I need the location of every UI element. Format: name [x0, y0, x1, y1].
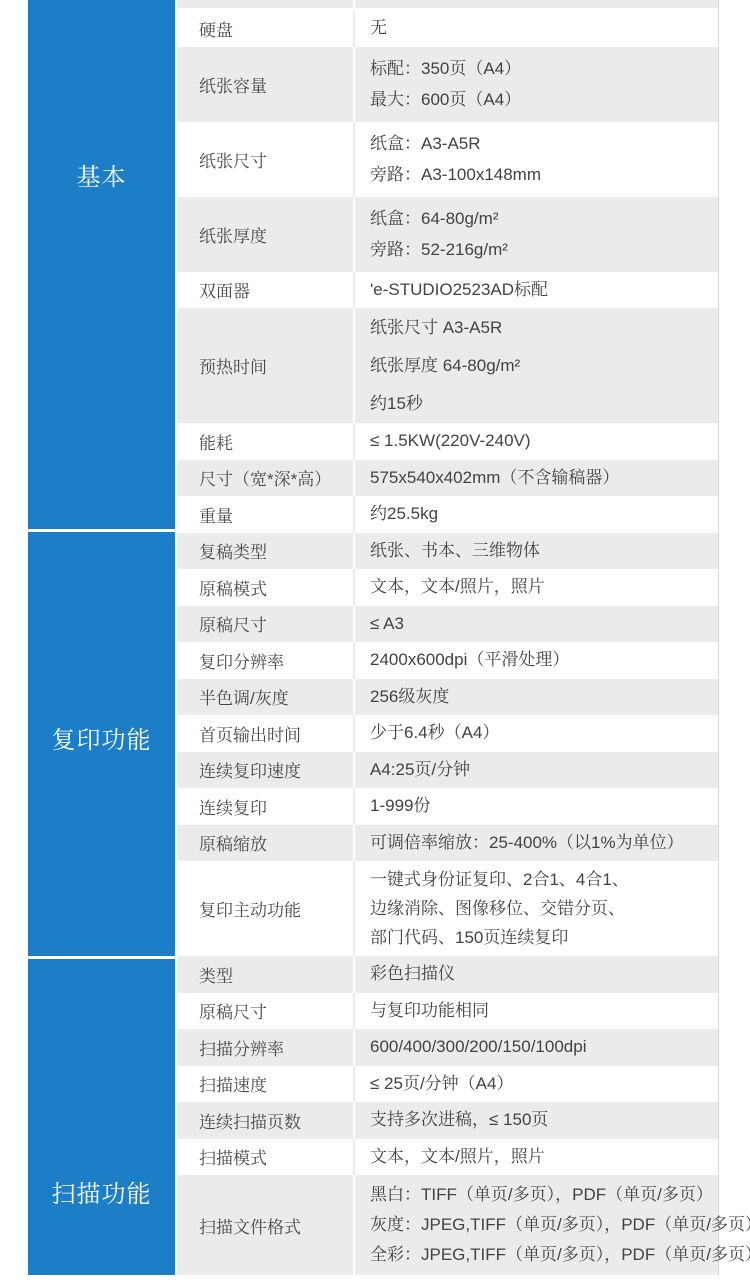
spec-value-line: 约15秒	[370, 385, 714, 423]
spec-value: 纸张尺寸 A3-A5R纸张厚度 64-80g/m²约15秒	[353, 308, 718, 423]
spec-value: 2400x600dpi（平滑处理）	[353, 642, 718, 679]
spec-value: 文本，文本/照片，照片	[353, 1139, 718, 1176]
spec-label: 连续复印	[177, 788, 353, 825]
table-row: 扫描速度≤ 25页/分钟（A4）	[177, 1066, 718, 1103]
spec-label: 双面器	[177, 272, 353, 309]
table-row: 纸张容量标配：350页（A4）最大：600页（A4）	[177, 47, 718, 122]
table-row: 类型彩色扫描仪	[177, 956, 718, 993]
spec-value-line: 575x540x402mm（不含输稿器）	[370, 466, 714, 490]
spec-value: 1-999份	[353, 788, 718, 825]
spec-label: 重量	[177, 496, 353, 533]
spec-value-line: 灰度：JPEG,TIFF（单页/多页），PDF（单页/多页）	[370, 1210, 750, 1240]
spec-value-line: 纸盒：A3-A5R	[370, 128, 714, 159]
spec-value-line: 约25.5kg	[370, 502, 714, 526]
spec-label: 预热时间	[177, 308, 353, 423]
spec-value-line: 2400x600dpi（平滑处理）	[370, 648, 714, 672]
spec-value-line: 纸张、书本、三维物体	[370, 539, 714, 563]
table-row: 扫描模式文本，文本/照片，照片	[177, 1139, 718, 1176]
spec-value-line: ≤ 25页/分钟（A4）	[370, 1072, 714, 1096]
spec-value-line: 1-999份	[370, 794, 714, 818]
spec-value: 文本，文本/照片，照片	[353, 569, 718, 606]
spec-value-line: 文本，文本/照片，照片	[370, 575, 714, 599]
table-row: 预热时间纸张尺寸 A3-A5R纸张厚度 64-80g/m²约15秒	[177, 308, 718, 423]
spec-value: 无	[353, 10, 718, 47]
table-row: 原稿缩放可调倍率缩放：25-400%（以1%为单位）	[177, 825, 718, 862]
spec-value: 纸盒：A3-A5R旁路：A3-100x148mm	[353, 122, 718, 197]
partial-value-cell	[353, 0, 718, 8]
table-row: 扫描文件格式黑白：TIFF（单页/多页），PDF（单页/多页）灰度：JPEG,T…	[177, 1175, 718, 1275]
spec-value-line: 边缘消除、图像移位、交错分页、	[370, 894, 714, 923]
spec-value-line: 'e-STUDIO2523AD标配	[370, 278, 714, 302]
spec-value-line: 纸张尺寸 A3-A5R	[370, 309, 714, 347]
spec-label: 半色调/灰度	[177, 679, 353, 716]
spec-label: 复稿类型	[177, 533, 353, 570]
table-row: 复印分辨率2400x600dpi（平滑处理）	[177, 642, 718, 679]
spec-value: 标配：350页（A4）最大：600页（A4）	[353, 47, 718, 122]
spec-value: 575x540x402mm（不含输稿器）	[353, 460, 718, 497]
spec-value-line: 与复印功能相同	[370, 999, 714, 1023]
spec-label: 类型	[177, 956, 353, 993]
spec-value-line: 纸张厚度 64-80g/m²	[370, 347, 714, 385]
table-row: 半色调/灰度256级灰度	[177, 679, 718, 716]
spec-label: 纸张厚度	[177, 197, 353, 272]
spec-value: ≤ A3	[353, 606, 718, 643]
spec-label: 纸张容量	[177, 47, 353, 122]
spec-label: 纸张尺寸	[177, 122, 353, 197]
spec-value: 彩色扫描仪	[353, 956, 718, 993]
spec-value-line: 少于6.4秒（A4）	[370, 721, 714, 745]
spec-value-line: 无	[370, 16, 714, 40]
table-row: 纸张厚度纸盒：64-80g/m²旁路：52-216g/m²	[177, 197, 718, 272]
spec-label: 复印分辨率	[177, 642, 353, 679]
spec-value-line: 标配：350页（A4）	[370, 53, 714, 84]
table-row: 原稿模式文本，文本/照片，照片	[177, 569, 718, 606]
spec-value-line: 全彩：JPEG,TIFF（单页/多页），PDF（单页/多页）	[370, 1240, 750, 1270]
table-row: 纸张尺寸纸盒：A3-A5R旁路：A3-100x148mm	[177, 122, 718, 197]
spec-label: 扫描文件格式	[177, 1175, 353, 1275]
spec-value-line: 纸盒：64-80g/m²	[370, 203, 714, 234]
spec-label: 扫描模式	[177, 1139, 353, 1176]
spec-label: 原稿模式	[177, 569, 353, 606]
product-spec-page: 基本 复印功能 扫描功能 硬盘无纸张容量标配：350页（A4）最大：600页（A…	[0, 0, 750, 1284]
spec-label: 扫描分辨率	[177, 1029, 353, 1066]
table-row: 硬盘无	[177, 10, 718, 47]
table-row: 连续复印1-999份	[177, 788, 718, 825]
spec-value: 约25.5kg	[353, 496, 718, 533]
spec-value: 600/400/300/200/150/100dpi	[353, 1029, 718, 1066]
spec-value-line: ≤ A3	[370, 612, 714, 636]
spec-label: 连续复印速度	[177, 752, 353, 789]
sidebar-section-copy: 复印功能	[28, 532, 175, 956]
table-row: 首页输出时间少于6.4秒（A4）	[177, 715, 718, 752]
table-row: 能耗≤ 1.5KW(220V-240V)	[177, 423, 718, 460]
spec-label: 原稿尺寸	[177, 606, 353, 643]
spec-value: 'e-STUDIO2523AD标配	[353, 272, 718, 309]
table-row: 原稿尺寸与复印功能相同	[177, 993, 718, 1030]
spec-label: 原稿尺寸	[177, 993, 353, 1030]
sidebar-section-scan: 扫描功能	[28, 959, 175, 1275]
partial-row	[177, 0, 718, 8]
spec-value-line: A4:25页/分钟	[370, 758, 714, 782]
spec-value: 少于6.4秒（A4）	[353, 715, 718, 752]
spec-value-line: 一键式身份证复印、2合1、4合1、	[370, 865, 714, 894]
sidebar-section-copy-label: 复印功能	[28, 726, 175, 756]
sidebar-section-basic: 基本	[28, 0, 175, 529]
spec-table: 硬盘无纸张容量标配：350页（A4）最大：600页（A4）纸张尺寸纸盒：A3-A…	[177, 0, 719, 1275]
table-row: 双面器'e-STUDIO2523AD标配	[177, 272, 718, 309]
spec-value-line: 旁路：52-216g/m²	[370, 234, 714, 265]
spec-value: 与复印功能相同	[353, 993, 718, 1030]
spec-label: 能耗	[177, 423, 353, 460]
spec-label: 硬盘	[177, 10, 353, 47]
spec-label: 连续扫描页数	[177, 1102, 353, 1139]
spec-value-line: 旁路：A3-100x148mm	[370, 159, 714, 190]
sidebar-section-scan-label: 扫描功能	[28, 1180, 175, 1210]
spec-rows: 硬盘无纸张容量标配：350页（A4）最大：600页（A4）纸张尺寸纸盒：A3-A…	[177, 10, 718, 1275]
table-row: 重量约25.5kg	[177, 496, 718, 533]
spec-value-line: 600/400/300/200/150/100dpi	[370, 1035, 714, 1059]
spec-value: ≤ 25页/分钟（A4）	[353, 1066, 718, 1103]
spec-value: ≤ 1.5KW(220V-240V)	[353, 423, 718, 460]
spec-value-line: 最大：600页（A4）	[370, 84, 714, 115]
spec-value-line: 文本，文本/照片，照片	[370, 1145, 714, 1169]
spec-label: 尺寸（宽*深*高）	[177, 460, 353, 497]
spec-label: 首页输出时间	[177, 715, 353, 752]
table-row: 复印主动功能一键式身份证复印、2合1、4合1、边缘消除、图像移位、交错分页、部门…	[177, 861, 718, 956]
spec-value: 纸张、书本、三维物体	[353, 533, 718, 570]
spec-value: 可调倍率缩放：25-400%（以1%为单位）	[353, 825, 718, 862]
spec-value-line: 可调倍率缩放：25-400%（以1%为单位）	[370, 831, 714, 855]
sidebar-section-basic-label: 基本	[28, 163, 175, 193]
table-row: 尺寸（宽*深*高）575x540x402mm（不含输稿器）	[177, 460, 718, 497]
table-row: 复稿类型纸张、书本、三维物体	[177, 533, 718, 570]
spec-value: A4:25页/分钟	[353, 752, 718, 789]
table-row: 原稿尺寸≤ A3	[177, 606, 718, 643]
spec-value-line: 彩色扫描仪	[370, 962, 714, 986]
partial-label-cell	[177, 0, 353, 8]
spec-value-line: 部门代码、150页连续复印	[370, 923, 714, 952]
spec-label: 原稿缩放	[177, 825, 353, 862]
table-row: 连续复印速度A4:25页/分钟	[177, 752, 718, 789]
spec-value: 黑白：TIFF（单页/多页），PDF（单页/多页）灰度：JPEG,TIFF（单页…	[353, 1175, 750, 1275]
table-row: 扫描分辨率600/400/300/200/150/100dpi	[177, 1029, 718, 1066]
spec-value: 一键式身份证复印、2合1、4合1、边缘消除、图像移位、交错分页、部门代码、150…	[353, 861, 718, 956]
spec-value-line: ≤ 1.5KW(220V-240V)	[370, 429, 714, 453]
spec-value-line: 256级灰度	[370, 685, 714, 709]
spec-value: 支持多次进稿，≤ 150页	[353, 1102, 718, 1139]
spec-value-line: 支持多次进稿，≤ 150页	[370, 1108, 714, 1132]
table-row: 连续扫描页数支持多次进稿，≤ 150页	[177, 1102, 718, 1139]
spec-label: 扫描速度	[177, 1066, 353, 1103]
spec-label: 复印主动功能	[177, 861, 353, 956]
spec-value-line: 黑白：TIFF（单页/多页），PDF（单页/多页）	[370, 1180, 750, 1210]
spec-value: 256级灰度	[353, 679, 718, 716]
spec-value: 纸盒：64-80g/m²旁路：52-216g/m²	[353, 197, 718, 272]
